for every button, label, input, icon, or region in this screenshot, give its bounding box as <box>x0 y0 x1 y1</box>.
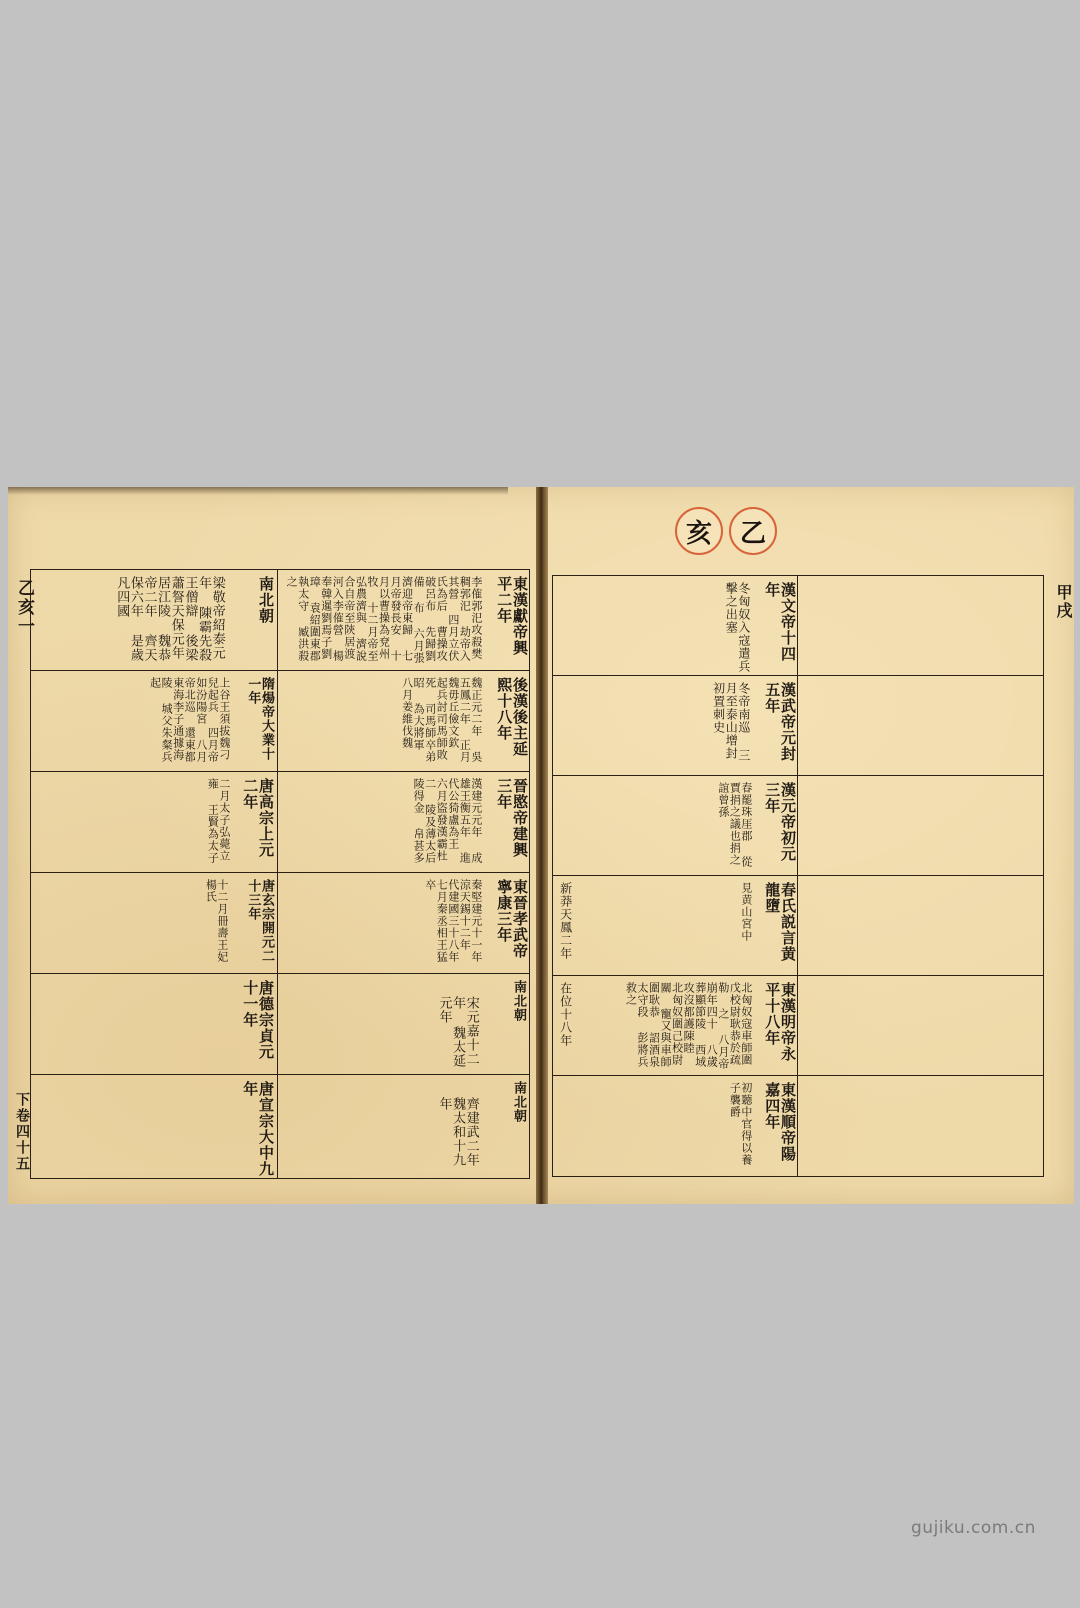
right-page: 亥 乙 甲戌 漢文帝十四年 冬匈奴入寇遣兵 擊之出塞 漢武帝元封五年 冬帝南巡 … <box>548 487 1074 1204</box>
site-watermark: gujiku.com.cn <box>911 1518 1036 1538</box>
table-row: 春氏説言黄龍墮 見黄山宮中 新莽天鳳二年 <box>553 876 1043 976</box>
entry-notes: 北匈奴寇車師圍 戊校尉耿恭於疏勒 之 八月帝崩年四十 八歲葬顯節陵 西域攻沒都護… <box>613 982 775 1074</box>
entry-notes: 齊建武二年 魏太和十九年 <box>423 1097 505 1177</box>
entry-side: 在位十八年 <box>559 982 572 1047</box>
header-seal-yi: 乙 <box>729 507 777 555</box>
right-margin-label: 甲戌 <box>1052 584 1075 620</box>
table-row: 南北朝 齊建武二年 魏太和十九年 唐宣宗大中九年 <box>31 1075 529 1177</box>
entry-notes: 見黄山宮中 <box>729 882 775 974</box>
entry-notes: 宋元嘉十二年 魏太延元年 <box>423 996 505 1076</box>
table-row: 南北朝 宋元嘉十二年 魏太延元年 唐德宗貞元十一年 <box>31 974 529 1075</box>
entry-notes: 初聽中官得以養 子襲爵 <box>717 1082 775 1174</box>
left-page: 乙亥一 下卷四十五 東漢獻帝興平二年 李傕郭汜攻殺樊稠郭汜 劫帝入其營 四月立伏… <box>8 487 536 1204</box>
left-table: 東漢獻帝興平二年 李傕郭汜攻殺樊稠郭汜 劫帝入其營 四月立伏氏為后 曹操攻破呂布… <box>30 569 530 1179</box>
entry-notes: 冬匈奴入寇遣兵 擊之出塞 <box>712 582 775 674</box>
table-row: 東漢明帝永平十八年 北匈奴寇車師圍 戊校尉耿恭於疏勒 之 八月帝崩年四十 八歲葬… <box>553 976 1043 1076</box>
table-row: 東漢順帝陽嘉四年 初聽中官得以養 子襲爵 <box>553 1076 1043 1176</box>
book-gutter <box>536 487 548 1204</box>
entry-main: 南北朝 <box>511 1081 525 1123</box>
entry-main: 唐德宗貞元十一年 <box>242 980 274 1074</box>
right-table: 漢文帝十四年 冬匈奴入寇遣兵 擊之出塞 漢武帝元封五年 冬帝南巡 三月至泰山增封… <box>552 575 1044 1177</box>
table-row: 晉愍帝建興三年 漢建元元年 成雄王衡五年 進代公猗盧為王 六月盜發漢霸杜二 陵及… <box>31 772 529 873</box>
entry-notes: 二月太子弘薨立雍 王賢為太子 <box>195 778 253 870</box>
entry-main: 唐宣宗大中九年 <box>242 1081 274 1177</box>
entry-notes: 春罷珠厓郡 從賈捐之議也捐之 誼曾孫 <box>706 782 775 874</box>
entry-notes: 十二月冊壽王妃楊氏 <box>193 879 251 971</box>
entry-notes: 上谷王須拔魏刁兒起兵 四月帝如汾陽宮 八月帝北巡 還東都 東海李子通據海陵 城父… <box>138 677 253 769</box>
table-row: 漢元帝初元三年 春罷珠厓郡 從賈捐之議也捐之 誼曾孫 <box>553 776 1043 876</box>
entry-notes: 李傕郭汜攻殺樊稠郭汜 劫帝入其營 四月立伏氏為后 曹操攻破呂布 先歸劉備 布 六… <box>274 576 505 668</box>
entry-notes: 魏正元二年 吳五鳳二年 正月魏毋丘儉文欽 起兵討司馬師敗死 司馬師卒弟昭 為大將… <box>390 677 505 769</box>
entry-notes: 梁敬帝紹泰元年 陳霸先殺王僧辯 後梁蕭詧天保元年 居江陵 魏恭帝二年 齊天保六年… <box>101 576 251 666</box>
table-row: 漢文帝十四年 冬匈奴入寇遣兵 擊之出塞 <box>553 576 1043 676</box>
entry-notes: 漢建元元年 成雄王衡五年 進代公猗盧為王 六月盜發漢霸杜二 陵及薄太后陵得金 帛… <box>401 778 505 870</box>
table-row: 東漢獻帝興平二年 李傕郭汜攻殺樊稠郭汜 劫帝入其營 四月立伏氏為后 曹操攻破呂布… <box>31 570 529 671</box>
entry-main: 南北朝 <box>511 980 525 1022</box>
header-seal-hai: 亥 <box>675 507 723 555</box>
open-book: 乙亥一 下卷四十五 東漢獻帝興平二年 李傕郭汜攻殺樊稠郭汜 劫帝入其營 四月立伏… <box>8 487 1074 1204</box>
table-row: 東晉孝武帝寧康三年 秦堅建元十一年 涼天錫十二年 代建國三十八年 七月秦丞相王猛… <box>31 873 529 974</box>
entry-main: 南北朝 <box>257 576 273 624</box>
entry-notes: 冬帝南巡 三月至泰山增封 初置刺史 <box>699 682 775 774</box>
left-margin-label-bottom: 下卷四十五 <box>12 1092 32 1172</box>
entry-notes: 秦堅建元十一年 涼天錫十二年 代建國三十八年 七月秦丞相王猛卒 <box>413 879 505 971</box>
table-row: 漢武帝元封五年 冬帝南巡 三月至泰山增封 初置刺史 <box>553 676 1043 776</box>
table-row: 後漢後主延熙十八年 魏正元二年 吳五鳳二年 正月魏毋丘儉文欽 起兵討司馬師敗死 … <box>31 671 529 772</box>
entry-side: 新莽天鳳二年 <box>559 882 572 960</box>
